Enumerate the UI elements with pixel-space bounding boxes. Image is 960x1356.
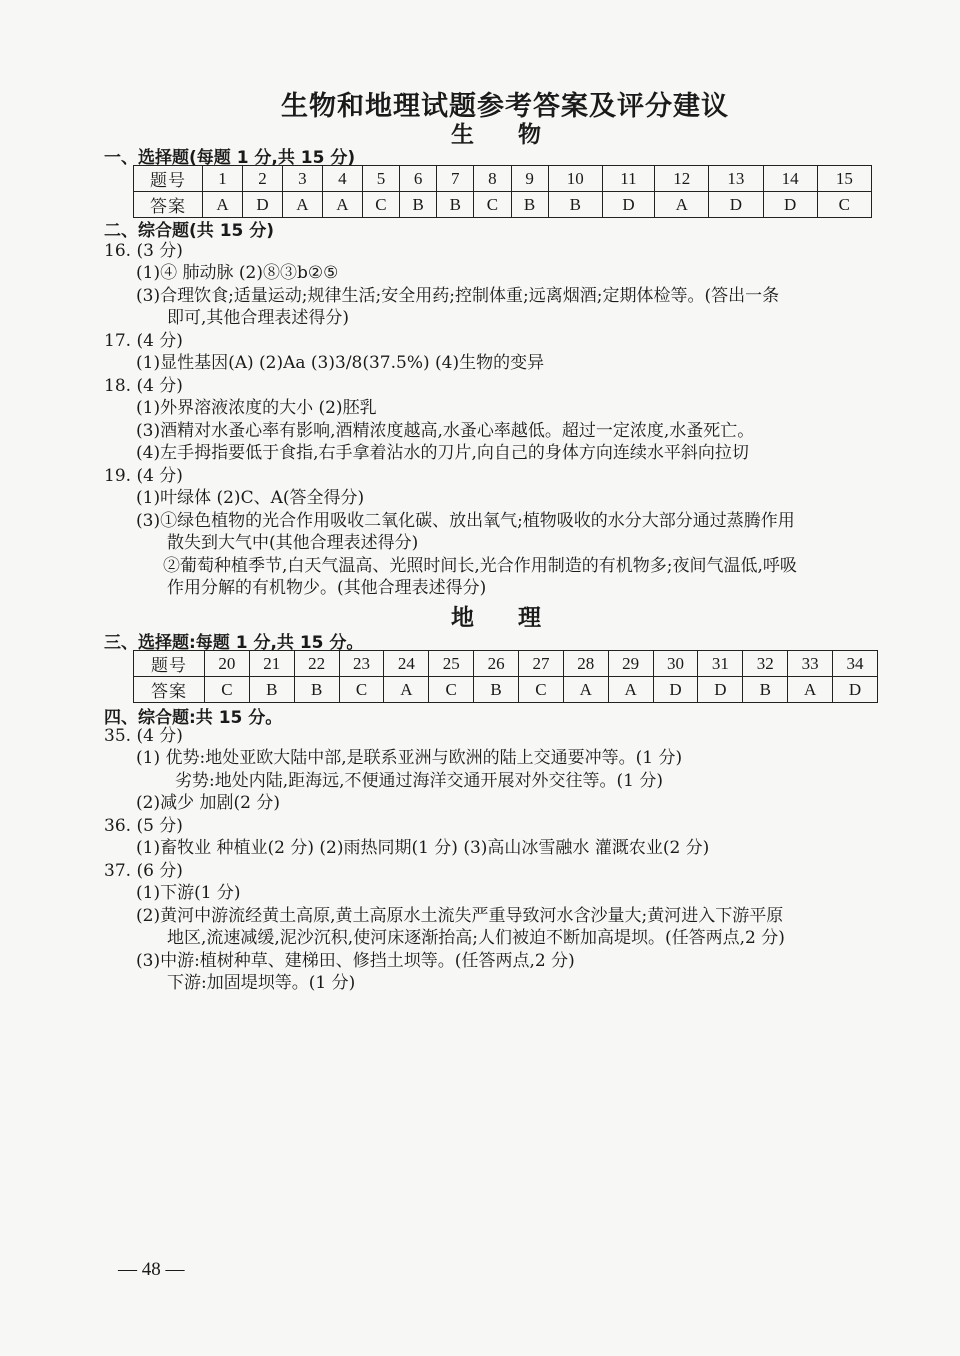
table-cell: A [788, 677, 833, 703]
table-cell: 29 [608, 651, 653, 677]
question-19-line: ②葡萄种植季节,白天气温高、光照时间长,光合作用制造的有机物多;夜间气温低,呼吸 [163, 555, 797, 577]
question-35-line: 劣势:地处内陆,距海远,不便通过海洋交通开展对外交往等。(1 分) [175, 770, 663, 792]
question-36-header: 36. (5 分) [104, 815, 183, 837]
question-36-line: (1)畜牧业 种植业(2 分) (2)雨热同期(1 分) (3)高山冰雪融水 灌… [136, 837, 709, 859]
table-cell: 23 [339, 651, 384, 677]
table-cell: 3 [282, 166, 322, 192]
table-cell: 13 [709, 166, 763, 192]
table-cell: A [322, 192, 362, 218]
table-cell: 25 [429, 651, 474, 677]
table-cell: 22 [294, 651, 339, 677]
table-cell: 10 [548, 166, 602, 192]
table-cell: C [817, 192, 871, 218]
table-cell: 5 [362, 166, 399, 192]
table-cell: A [608, 677, 653, 703]
table-cell: 31 [698, 651, 743, 677]
table-cell: 24 [384, 651, 429, 677]
table-cell: C [474, 192, 511, 218]
table-cell: B [511, 192, 548, 218]
table-cell: A [655, 192, 709, 218]
table-cell: 30 [653, 651, 698, 677]
table-cell: B [548, 192, 602, 218]
table-row-numbers: 题号 20 21 22 23 24 25 26 27 28 29 30 31 3… [134, 651, 878, 677]
table-cell: B [437, 192, 474, 218]
table-cell: B [743, 677, 788, 703]
section-heading-comprehensive-biology: 二、综合题(共 15 分) [104, 216, 274, 241]
question-16-line: (1)④ 肺动脉 (2)⑧③b②⑤ [136, 262, 338, 284]
row-label: 答案 [134, 677, 205, 703]
row-label: 答案 [134, 192, 203, 218]
row-label: 题号 [134, 166, 203, 192]
answer-table-biology: 题号 1 2 3 4 5 6 7 8 9 10 11 12 13 14 15 答… [133, 165, 872, 218]
table-cell: D [698, 677, 743, 703]
question-37-line: (1)下游(1 分) [136, 882, 241, 904]
table-row-answers: 答案 A D A A C B B C B B D A D D C [134, 192, 872, 218]
question-17-header: 17. (4 分) [104, 330, 183, 352]
table-cell: 2 [242, 166, 282, 192]
table-cell: A [384, 677, 429, 703]
table-cell: 12 [655, 166, 709, 192]
table-cell: 27 [519, 651, 564, 677]
question-18-line: (4)左手拇指要低于食指,右手拿着沾水的刀片,向自己的身体方向连续水平斜向拉切 [136, 442, 749, 464]
table-cell: A [282, 192, 322, 218]
table-cell: 7 [437, 166, 474, 192]
table-cell: B [400, 192, 437, 218]
table-cell: D [653, 677, 698, 703]
table-row-numbers: 题号 1 2 3 4 5 6 7 8 9 10 11 12 13 14 15 [134, 166, 872, 192]
table-cell: 20 [205, 651, 250, 677]
question-37-line: 地区,流速减缓,泥沙沉积,使河床逐渐抬高;人们被迫不断加高堤坝。(任答两点,2 … [167, 927, 785, 949]
question-16-line: 即可,其他合理表述得分) [167, 307, 349, 329]
table-cell: D [242, 192, 282, 218]
question-37-line: (2)黄河中游流经黄土高原,黄土高原水土流失严重导致河水含沙量大;黄河进入下游平… [136, 905, 783, 927]
table-cell: C [205, 677, 250, 703]
page-number: — 48 — [118, 1259, 185, 1281]
table-cell: D [763, 192, 817, 218]
question-19-line: (3)①绿色植物的光合作用吸收二氧化碳、放出氧气;植物吸收的水分大部分通过蒸腾作… [136, 510, 795, 532]
table-cell: 1 [203, 166, 243, 192]
answer-table-geography: 题号 20 21 22 23 24 25 26 27 28 29 30 31 3… [133, 650, 878, 703]
question-19-line: 作用分解的有机物少。(其他合理表述得分) [167, 577, 486, 599]
question-35-line: (1) 优势:地处亚欧大陆中部,是联系亚洲与欧洲的陆上交通要冲等。(1 分) [136, 747, 682, 769]
table-cell: C [362, 192, 399, 218]
row-label: 题号 [134, 651, 205, 677]
table-cell: 28 [563, 651, 608, 677]
question-19-header: 19. (4 分) [104, 465, 183, 487]
question-35-line: (2)减少 加剧(2 分) [136, 792, 280, 814]
question-18-line: (1)外界溶液浓度的大小 (2)胚乳 [136, 397, 377, 419]
table-cell: 26 [474, 651, 519, 677]
question-19-line: 散失到大气中(其他合理表述得分) [167, 532, 418, 554]
table-cell: B [474, 677, 519, 703]
table-cell: 15 [817, 166, 871, 192]
table-cell: 6 [400, 166, 437, 192]
question-37-line: 下游:加固堤坝等。(1 分) [167, 972, 355, 994]
table-cell: D [833, 677, 878, 703]
question-18-header: 18. (4 分) [104, 375, 183, 397]
table-cell: 14 [763, 166, 817, 192]
table-cell: D [602, 192, 654, 218]
table-cell: B [294, 677, 339, 703]
table-cell: 32 [743, 651, 788, 677]
question-16-header: 16. (3 分) [104, 240, 183, 262]
table-cell: C [339, 677, 384, 703]
question-35-header: 35. (4 分) [104, 725, 183, 747]
question-17-line: (1)显性基因(A) (2)Aa (3)3/8(37.5%) (4)生物的变异 [136, 352, 544, 374]
table-cell: 8 [474, 166, 511, 192]
table-cell: 21 [249, 651, 294, 677]
table-cell: 9 [511, 166, 548, 192]
question-18-line: (3)酒精对水蚤心率有影响,酒精浓度越高,水蚤心率越低。超过一定浓度,水蚤死亡。 [136, 420, 754, 442]
table-cell: A [563, 677, 608, 703]
question-16-line: (3)合理饮食;适量运动;规律生活;安全用药;控制体重;远离烟酒;定期体检等。(… [136, 285, 779, 307]
table-row-answers: 答案 C B B C A C B C A A D D B A D [134, 677, 878, 703]
table-cell: A [203, 192, 243, 218]
table-cell: D [709, 192, 763, 218]
question-37-header: 37. (6 分) [104, 860, 183, 882]
table-cell: C [429, 677, 474, 703]
table-cell: 11 [602, 166, 654, 192]
question-19-line: (1)叶绿体 (2)C、A(答全得分) [136, 487, 364, 509]
question-37-line: (3)中游:植树种草、建梯田、修挡土坝等。(任答两点,2 分) [136, 950, 575, 972]
table-cell: B [249, 677, 294, 703]
table-cell: C [519, 677, 564, 703]
table-cell: 4 [322, 166, 362, 192]
table-cell: 33 [788, 651, 833, 677]
table-cell: 34 [833, 651, 878, 677]
